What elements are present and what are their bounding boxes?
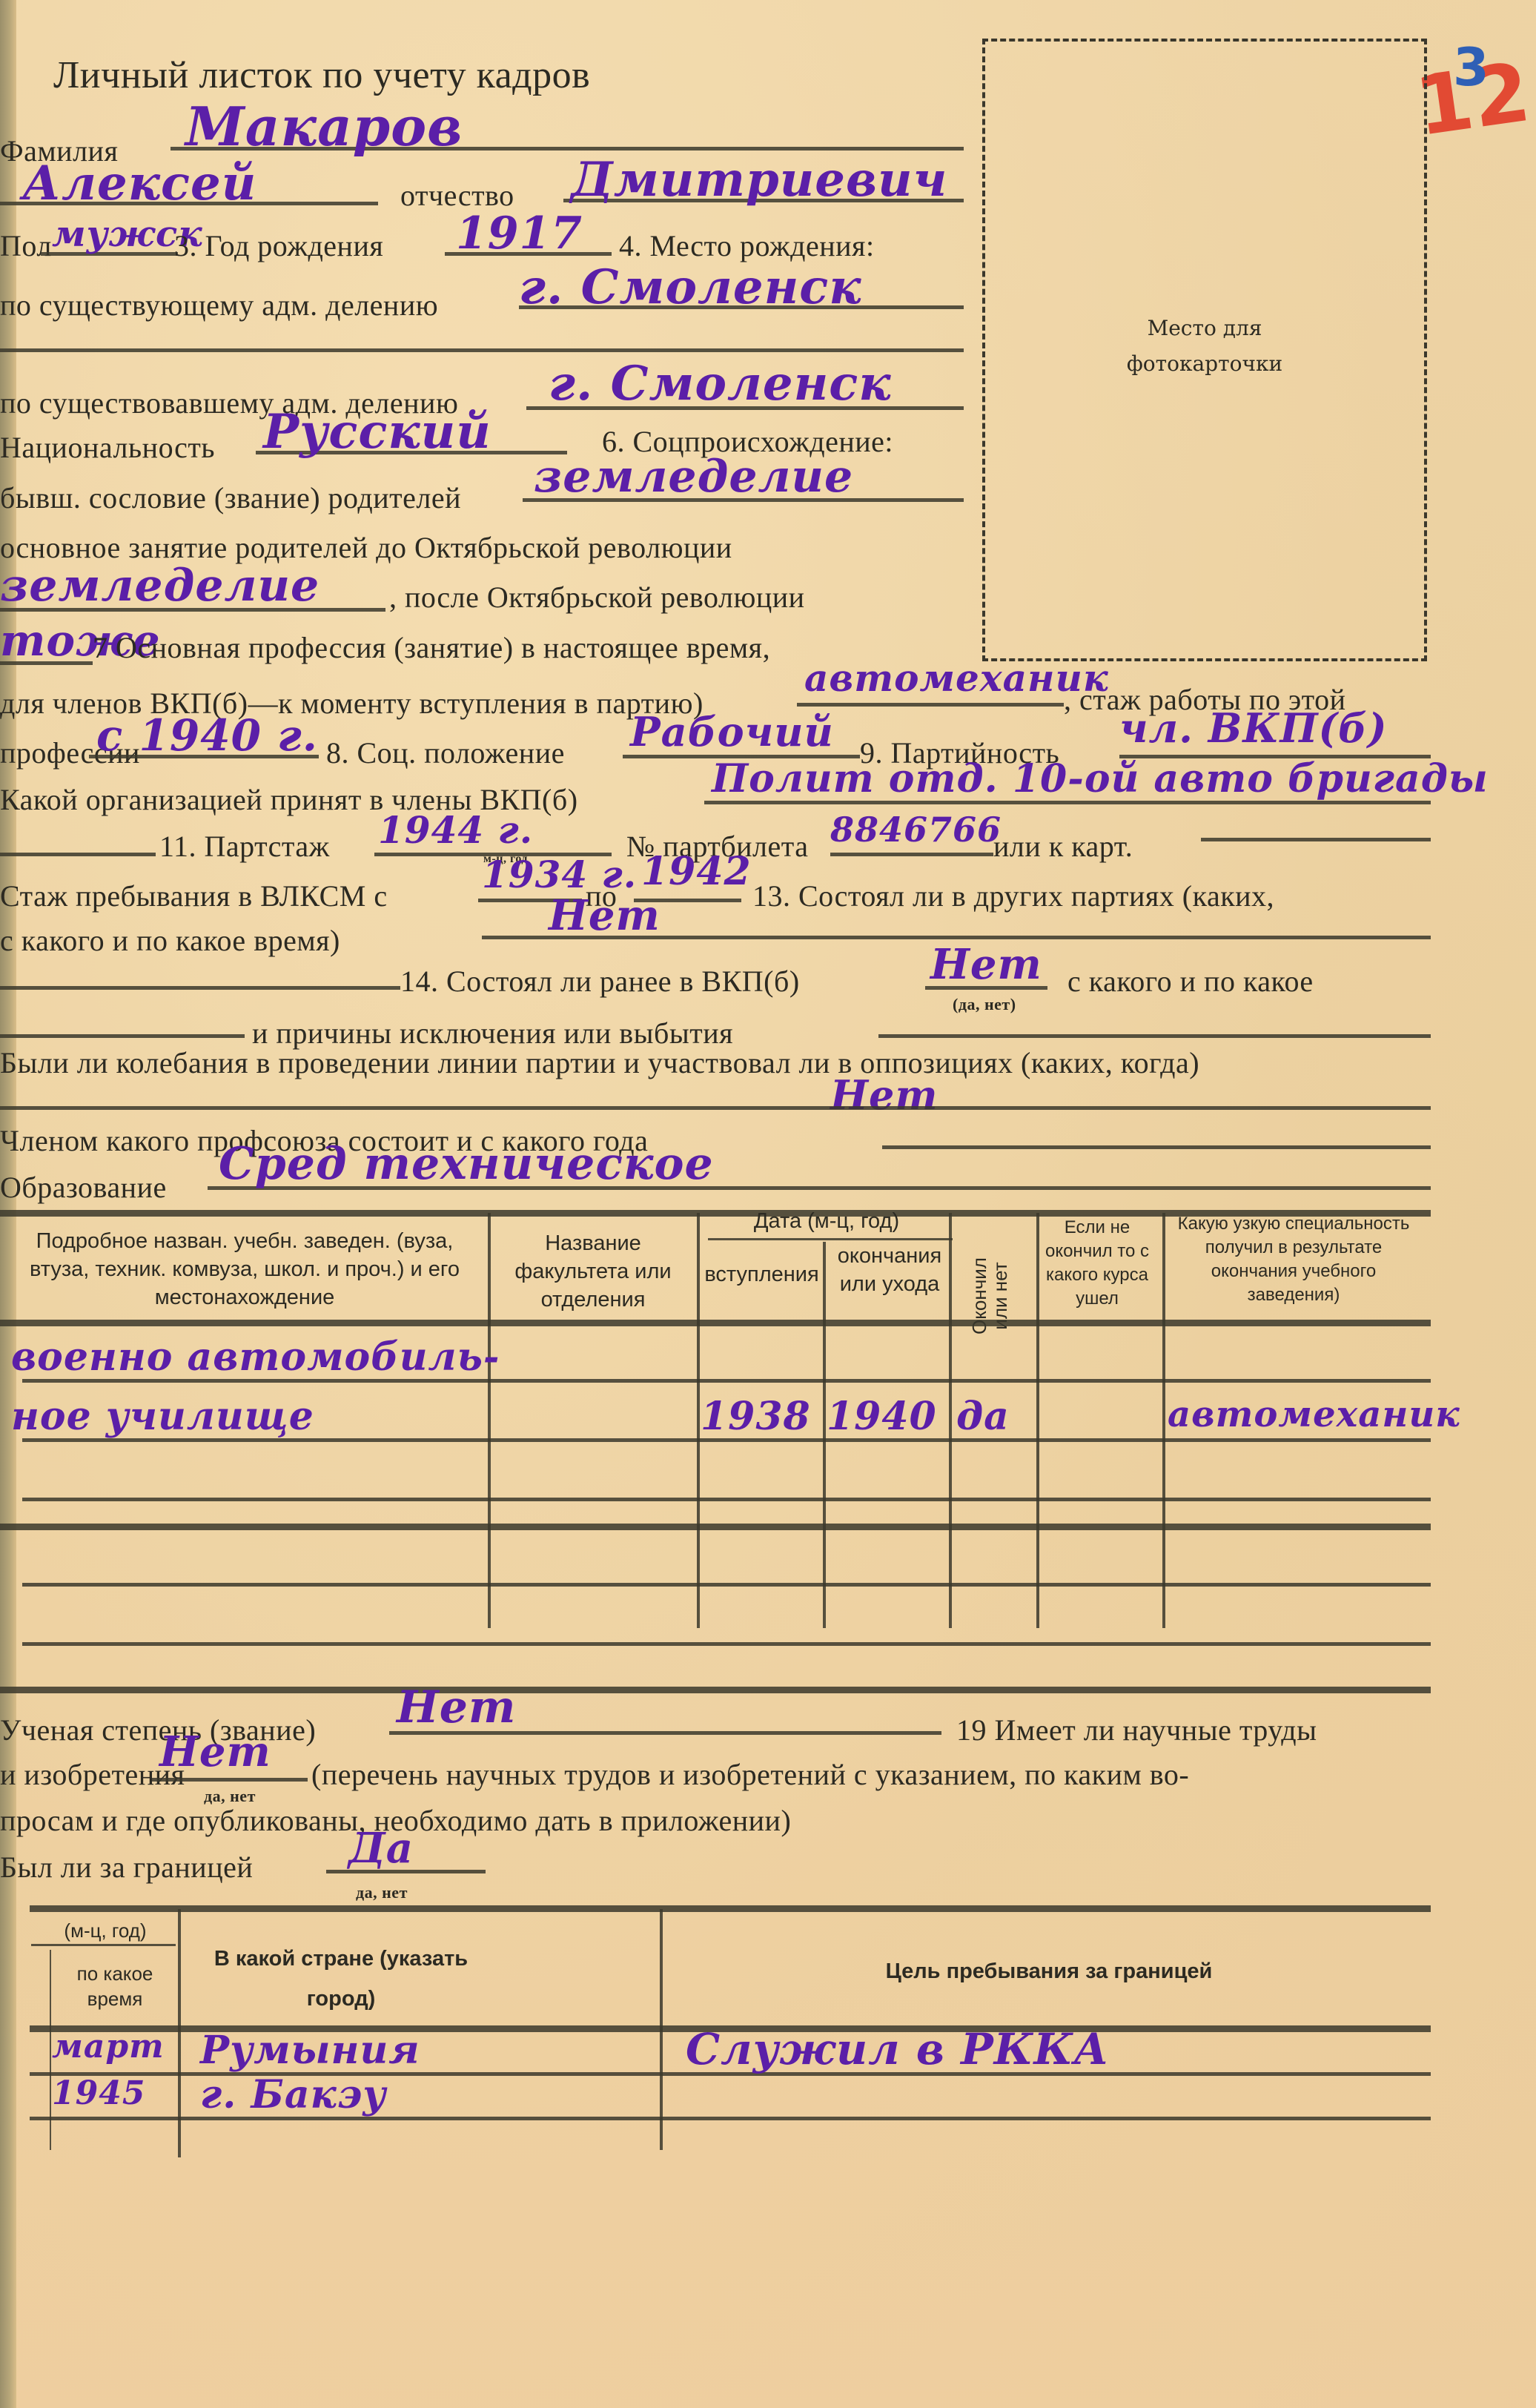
party-tenure-label: 11. Партстаж [159, 829, 330, 864]
parents-estate-value: земледелие [534, 451, 853, 503]
edu-col-divider-3 [823, 1242, 826, 1628]
edu-col-divider-5 [1036, 1213, 1039, 1628]
edu-row-date-end: 1940 [827, 1394, 937, 1439]
scientific-works-label-2: и изобретения [0, 1757, 185, 1792]
previous-vkp-blank-line [0, 986, 400, 990]
sex-label: Пол [0, 228, 52, 263]
abroad-header-purpose: Цель пребывания за границей [667, 1957, 1431, 1985]
abroad-row-date-to-line2: 1945 [52, 2074, 145, 2112]
scientific-works-note: (перечень научных трудов и изобретений с… [311, 1757, 1189, 1792]
abroad-header-country: В какой стране (указать город) [193, 1939, 489, 2019]
other-parties-label-2: с какого и по какое время) [0, 923, 340, 958]
education-value: Сред техническое [219, 1138, 714, 1190]
parents-occupation-after-label: , после Октябрьской революции [389, 580, 805, 615]
party-card-alt-line [1201, 838, 1431, 841]
abroad-row-purpose: Служил в РККА [686, 2024, 1110, 2074]
party-tenure-blank-line [0, 853, 156, 856]
other-parties-value: Нет [549, 891, 661, 940]
birth-place-current-value: г. Смоленск [519, 259, 862, 315]
birth-year-label: 3. Год рождения [174, 228, 383, 263]
scientific-works-line [152, 1778, 308, 1782]
party-tenure-value: 1944 г. [378, 808, 533, 852]
abroad-header-date-group: (м-ц, год) [31, 1916, 179, 1945]
edu-header-institution: Подробное назван. учебн. заведен. (вуза,… [7, 1227, 482, 1311]
edu-section-divider [0, 1524, 1431, 1530]
party-value: чл. ВКП(б) [1119, 704, 1388, 752]
parents-occupation-before-value: земледелие [0, 560, 320, 612]
edu-header-date-group: Дата (м-ц, год) [701, 1207, 953, 1235]
abroad-header-date-to: по какое время [52, 1961, 178, 2011]
profession-line [797, 703, 1064, 707]
abroad-row-country-line2: г. Бакэу [200, 2072, 386, 2117]
education-label: Образование [0, 1170, 167, 1205]
trade-union-line [882, 1145, 1431, 1149]
other-parties-label: 13. Состоял ли в других партиях (каких, [752, 879, 1274, 913]
edu-header-bottom-border [0, 1320, 1431, 1326]
party-card-line [830, 853, 993, 856]
birth-place-former-value: г. Смоленск [549, 356, 892, 411]
previous-vkp-label-tail: с какого и по какое [1067, 964, 1314, 999]
edu-row-date-start: 1938 [701, 1394, 811, 1439]
abroad-row-date-to-line1: март [52, 2028, 165, 2065]
previous-vkp-label: 14. Состоял ли ранее в ВКП(б) [400, 964, 800, 999]
party-card-label-2: или к карт. [993, 829, 1133, 864]
previous-vkp-hint: (да, нет) [953, 995, 1016, 1014]
abroad-col-divider-2 [660, 1909, 663, 2150]
komsomol-label: Стаж пребывания в ВЛКСМ с [0, 879, 388, 913]
edu-row-institution-line1: военно автомобиль- [11, 1334, 500, 1380]
document-title: Личный листок по учету кадров [53, 53, 590, 97]
birth-place-current-label: по существующему адм. делению [0, 288, 438, 322]
previous-vkp-value: Нет [930, 940, 1042, 989]
scientific-works-value: Нет [159, 1727, 271, 1776]
edu-header-specialty: Какую узкую специальность получил в резу… [1164, 1212, 1423, 1307]
edu-row-line-5 [22, 1642, 1431, 1646]
birth-place-label: 4. Место рождения: [619, 228, 875, 263]
parents-estate-label: бывш. сословие (звание) родителей [0, 480, 461, 515]
edu-col-divider-6 [1162, 1213, 1165, 1628]
edu-row-specialty: автомеханик [1168, 1394, 1460, 1435]
previous-vkp-period-line [0, 1034, 245, 1038]
nationality-value: Русский [263, 404, 491, 460]
deviations-line [0, 1106, 1431, 1110]
edu-col-divider-1 [488, 1213, 491, 1628]
social-status-value: Рабочий [630, 708, 834, 755]
surname-value: Макаров [185, 95, 463, 158]
scientific-works-label: 19 Имеет ли научные труды [956, 1713, 1317, 1747]
edu-col-divider-2 [697, 1213, 700, 1628]
deviations-value: Нет [830, 1071, 939, 1119]
edu-header-graduated: Окончил или нет [969, 1240, 1010, 1352]
photo-placeholder-box: Место для фотокарточки [982, 39, 1427, 661]
edu-row-line-3 [22, 1498, 1431, 1501]
abroad-header-date-divider [31, 1944, 176, 1946]
edu-row-institution-line2: ное училище [11, 1394, 314, 1439]
profession-label: 7 Основная профессия (занятие) в настоящ… [93, 630, 770, 665]
birth-year-value: 1917 [456, 208, 583, 259]
deviations-label: Были ли колебания в проведении линии пар… [0, 1045, 1199, 1080]
edu-header-date-start: вступления [701, 1260, 823, 1289]
edu-col-divider-4 [949, 1213, 952, 1628]
previous-vkp-reason-line [878, 1034, 1431, 1038]
edu-row-line-4 [22, 1583, 1431, 1587]
edu-header-course-left: Если не окончил то с какого курса ушел [1038, 1216, 1156, 1311]
party-org-value: Полит отд. 10-ой авто бригады [712, 756, 1489, 801]
abroad-row-country-line1: Румыния [200, 2028, 420, 2073]
abroad-value: Да [348, 1824, 414, 1873]
degree-value: Нет [397, 1681, 516, 1733]
photo-label-line2: фотокарточки [985, 351, 1424, 376]
edu-header-date-divider [708, 1238, 953, 1240]
party-card-value: 8846766 [830, 810, 1002, 850]
profession-experience-value: с 1940 г. [96, 710, 318, 761]
edu-header-date-end: окончания или ухода [827, 1242, 953, 1298]
edu-row-graduated: да [956, 1394, 1010, 1439]
abroad-hint: да, нет [356, 1883, 408, 1902]
photo-label-line1: Место для [985, 316, 1424, 340]
page-number-blue-mark: 3 [1453, 37, 1489, 98]
komsomol-to-value: 1942 [641, 849, 752, 894]
patronymic-value: Дмитриевич [571, 152, 947, 208]
social-status-label: 8. Соц. положение [326, 735, 565, 770]
abroad-table-top-border [30, 1905, 1431, 1912]
blank-line-1 [0, 348, 964, 352]
name-value: Алексей [22, 156, 256, 211]
edu-table-bottom-border [0, 1687, 1431, 1693]
abroad-label: Был ли за границей [0, 1850, 253, 1885]
nationality-label: Национальность [0, 430, 215, 465]
edu-header-faculty: Название факультета или отделения [497, 1216, 689, 1314]
